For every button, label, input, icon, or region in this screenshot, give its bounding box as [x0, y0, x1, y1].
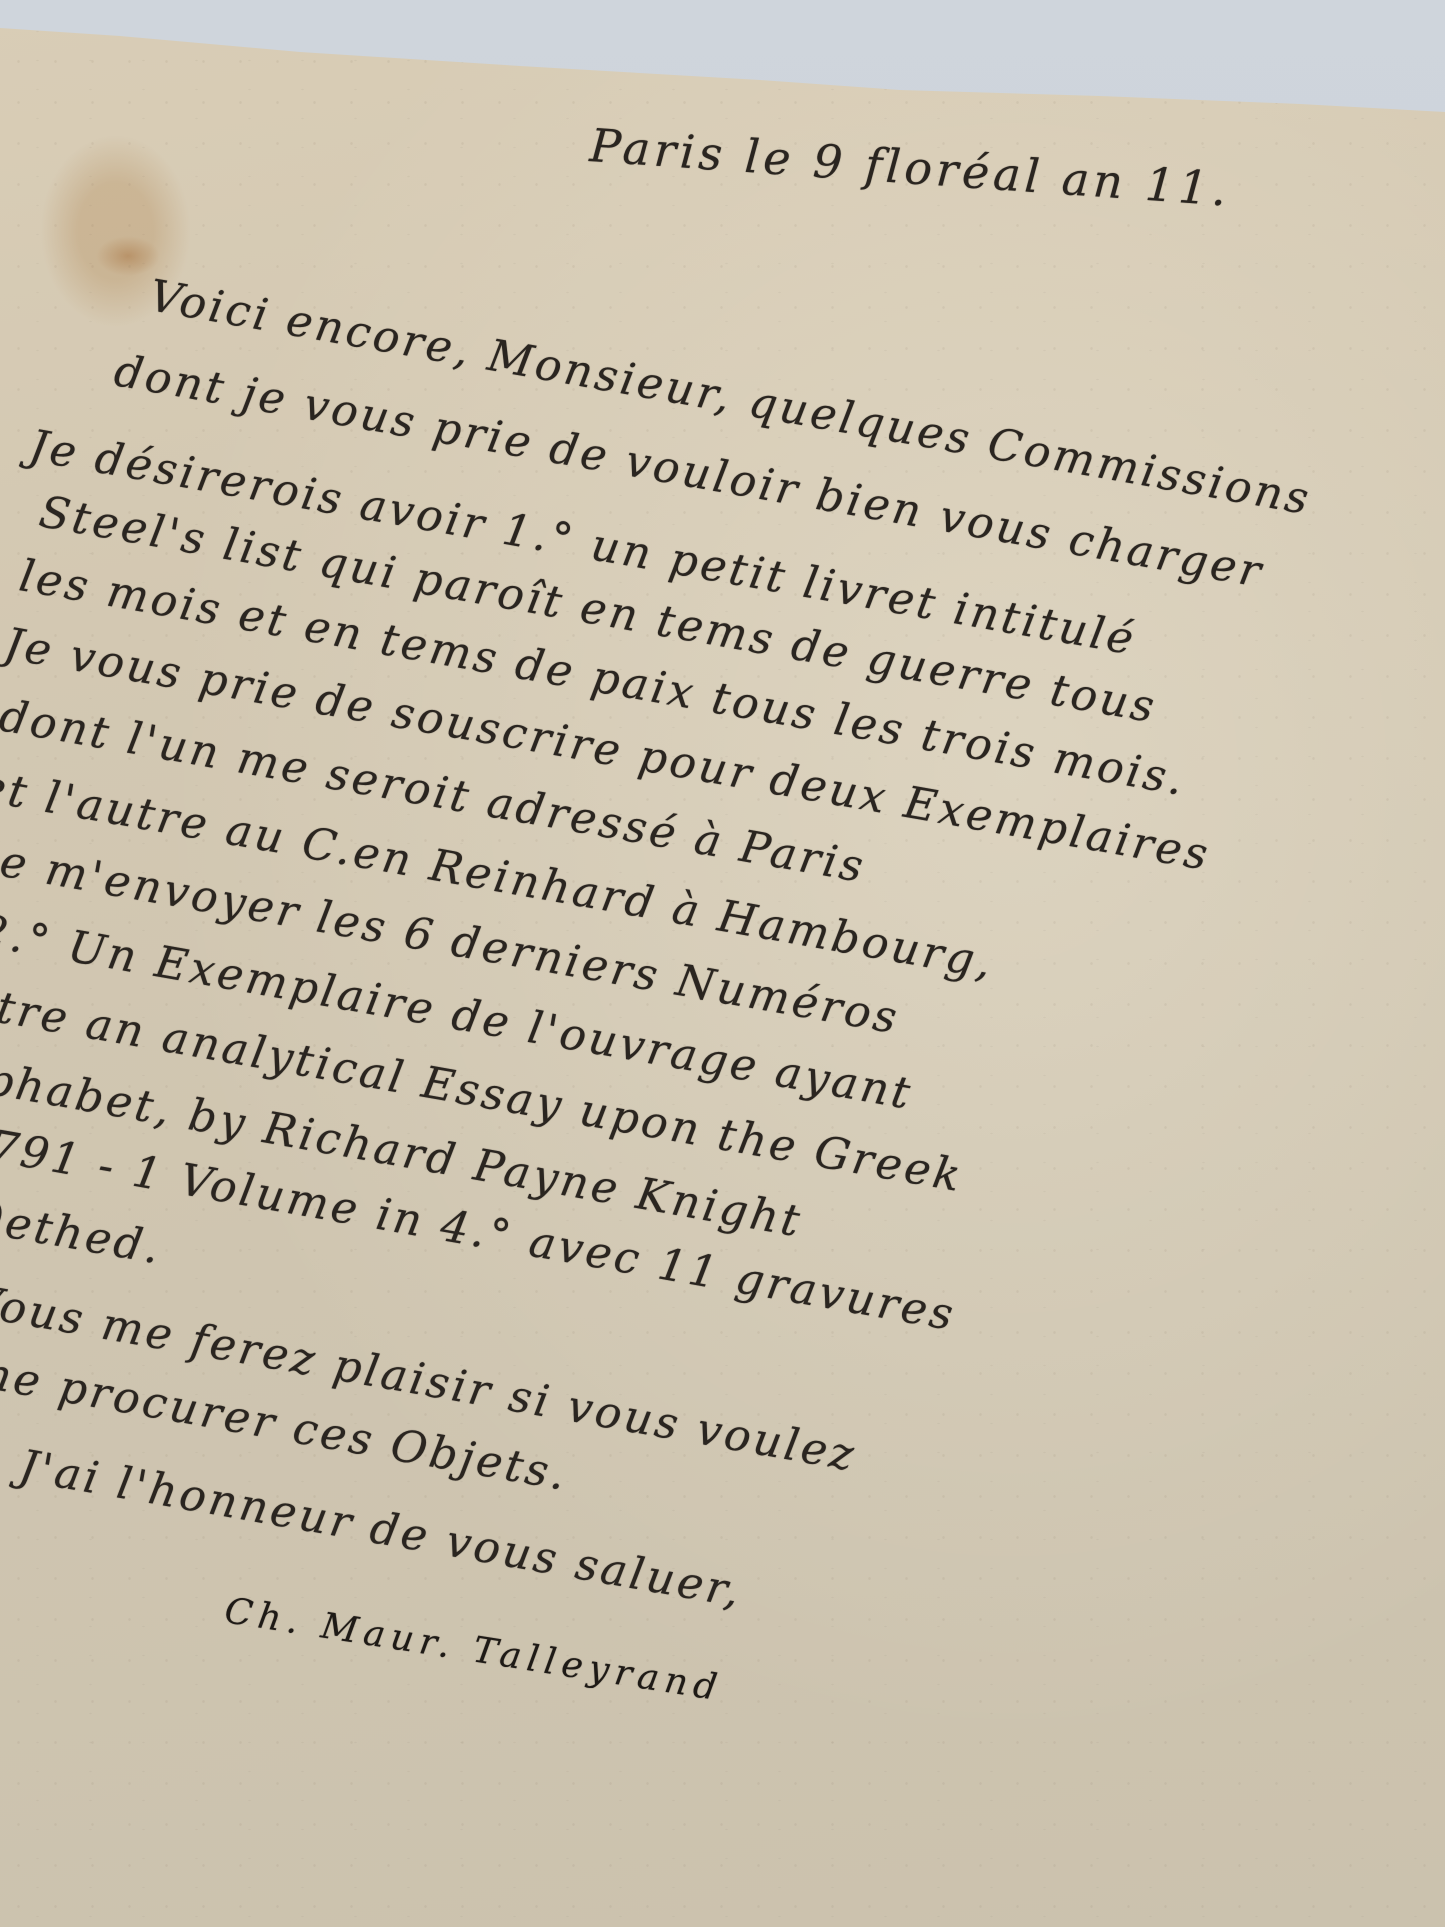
dateline: Paris le 9 floréal an 11.: [588, 118, 1232, 217]
photo-scene: Paris le 9 floréal an 11. Voici encore, …: [0, 0, 1445, 1927]
letter-line: (?)ethed.: [0, 1185, 166, 1274]
handwritten-letter: Paris le 9 floréal an 11. Voici encore, …: [0, 0, 1445, 1927]
signature: Ch. Maur. Talleyrand: [222, 1590, 726, 1709]
